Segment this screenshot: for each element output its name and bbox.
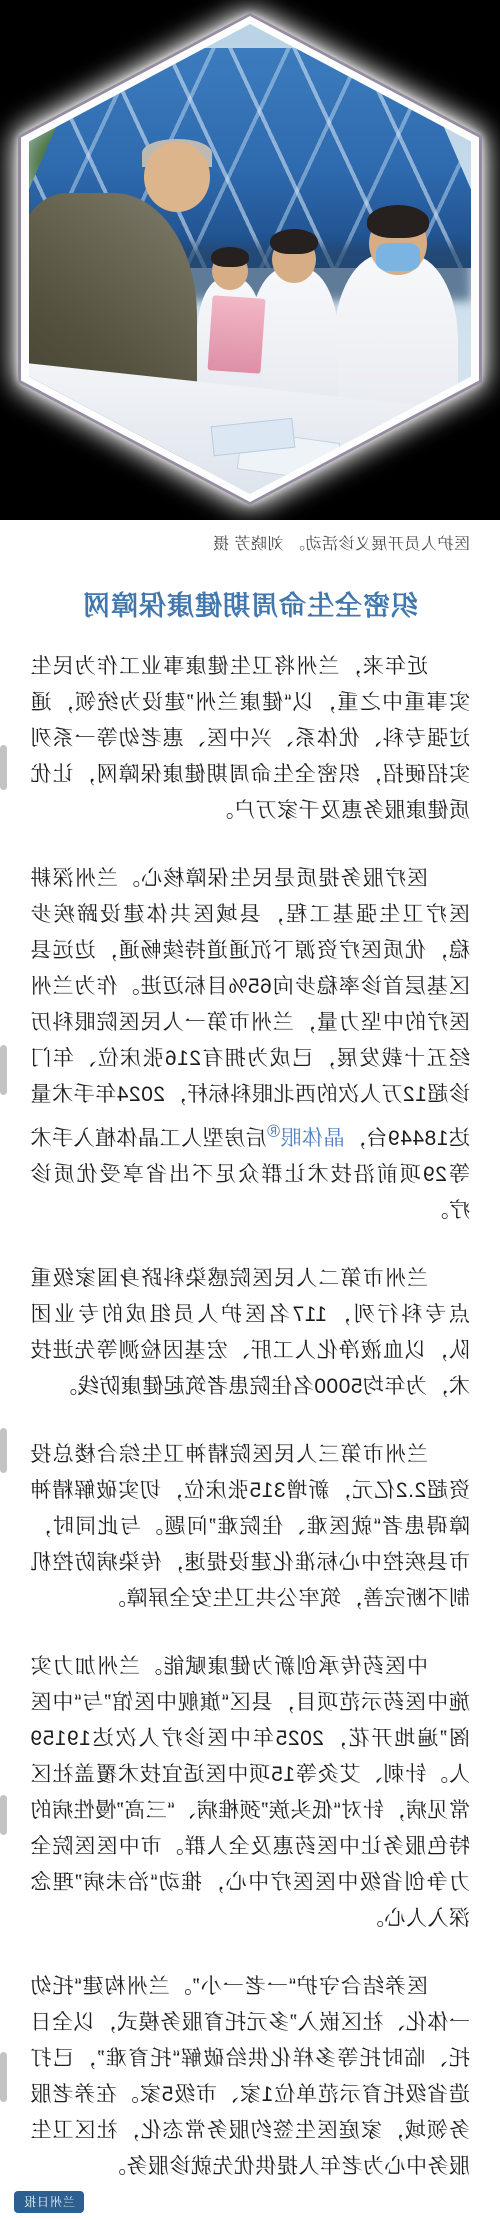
source-badge: 兰州日报	[14, 2191, 84, 2213]
mirrored-article-page: 医护人员开展义诊活动。 刘晓芳 摄 织密全生命周期健康保障网 近年来，兰州将卫生…	[0, 0, 500, 2220]
scrollbar-thumb[interactable]	[0, 745, 7, 790]
event-photo	[18, 13, 482, 505]
lens-term-link[interactable]: 晶体眼	[280, 1127, 345, 1150]
hero-section	[0, 0, 500, 520]
article-headline: 织密全生命周期健康保障网	[30, 584, 470, 623]
photo-hexagon-image	[29, 24, 471, 494]
elderly-man-head	[144, 142, 210, 213]
paragraph: 医养结合守护“一老一小”。兰州构建“托幼一体化、社区嵌入”多元托育服务模式，以全…	[30, 1969, 470, 2185]
paragraph: 近年来，兰州将卫生健康事业工作为民生实事重中之重，以“健康兰州”建设为统领，通过…	[30, 649, 470, 829]
photo-caption: 医护人员开展义诊活动。 刘晓芳 摄	[30, 531, 470, 554]
scrollbar-thumb[interactable]	[0, 1795, 7, 1835]
article-paragraphs: 近年来，兰州将卫生健康事业工作为民生实事重中之重，以“健康兰州”建设为统领，通过…	[30, 649, 470, 2185]
registered-mark: ®	[267, 1121, 280, 1141]
scrollbar-thumb[interactable]	[0, 1428, 7, 1473]
paragraph: 中医药传承创新为健康赋能。兰州加力实施中医药示范项目，县区“旗舰中医馆”与“中医…	[30, 1649, 470, 1937]
scrollbar-thumb[interactable]	[0, 2052, 7, 2102]
article-body: 医护人员开展义诊活动。 刘晓芳 摄 织密全生命周期健康保障网 近年来，兰州将卫生…	[0, 531, 500, 2185]
paragraph: 兰州市第三人民医院精神卫生综合楼总投资超2.2亿元，新增315张床位，切实破解精…	[30, 1437, 470, 1617]
face-mask	[376, 243, 420, 271]
paragraph: 医疗服务提质是民生保障核心。兰州深耕医疗卫生强基工程，县域医共体建设蹄疾步稳，优…	[30, 861, 470, 1229]
scrollbar-thumb[interactable]	[0, 1045, 7, 1095]
doctor-hair	[211, 247, 249, 267]
pink-table-sign	[208, 295, 266, 374]
doctor-hair	[367, 205, 429, 238]
paragraph: 兰州市第二人民医院感染科跻身国家级重点专科行列，117名医护人员组成的专业团队，…	[30, 1261, 470, 1405]
doctor-hair	[270, 229, 318, 254]
